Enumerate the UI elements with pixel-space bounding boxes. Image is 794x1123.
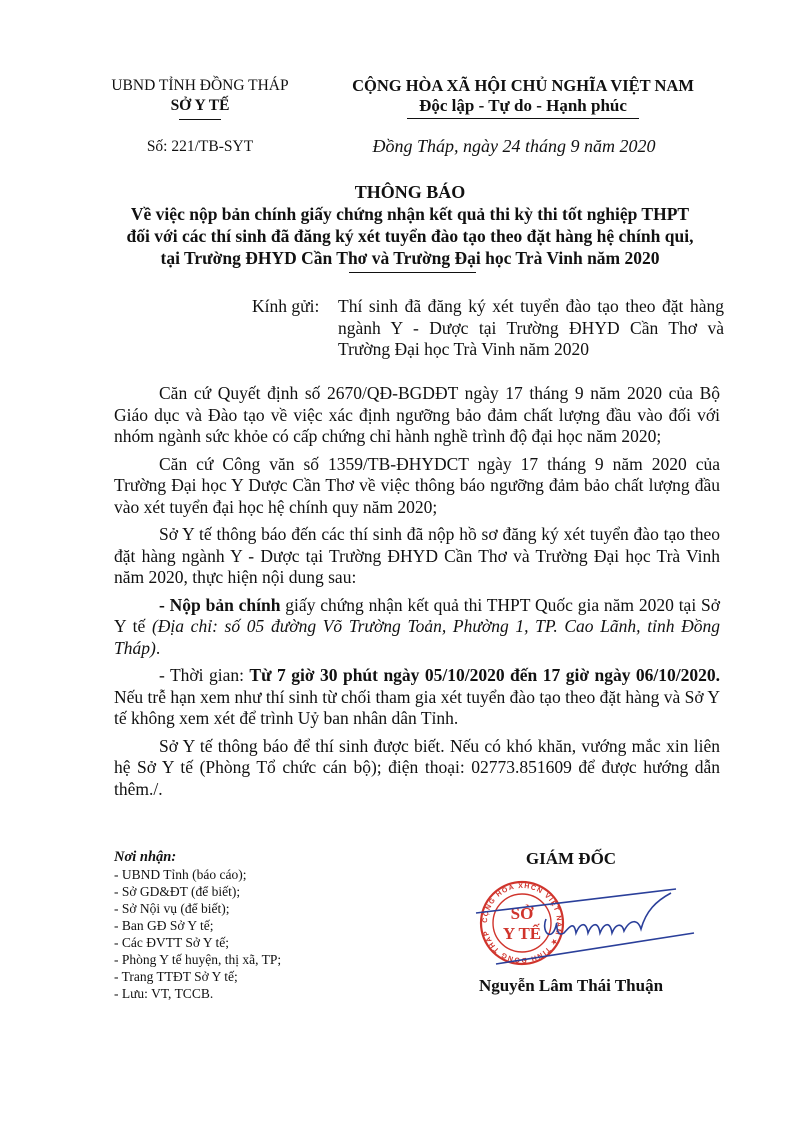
subject-line: tại Trường ĐHYD Cần Thơ và Trường Đại họ…	[100, 247, 720, 269]
paragraph-contact: Sở Y tế thông báo để thí sinh được biết.…	[114, 736, 720, 801]
title-divider	[349, 272, 476, 273]
motto-underline	[407, 118, 639, 119]
issuing-authority: UBND TỈNH ĐỒNG THÁP SỞ Y TẾ	[100, 76, 300, 120]
paragraph-announcement: Sở Y tế thông báo đến các thí sinh đã nộ…	[114, 524, 720, 589]
distribution-item: - Sở Nội vụ (để biết);	[114, 900, 354, 917]
distribution-item: - UBND Tỉnh (báo cáo);	[114, 866, 354, 883]
addressee-text: Thí sinh đã đăng ký xét tuyển đào tạo th…	[338, 296, 724, 361]
svg-text:Y TẾ: Y TẾ	[503, 924, 541, 943]
distribution-item: - Phòng Y tế huyện, thị xã, TP;	[114, 951, 354, 968]
addressee-label: Kính gửi:	[252, 296, 319, 318]
document-number: Số: 221/TB-SYT	[100, 138, 300, 156]
country-name: CỘNG HÒA XÃ HỘI CHỦ NGHĨA VIỆT NAM	[322, 76, 724, 96]
time-label: - Thời gian:	[159, 665, 249, 685]
distribution-item: - Trang TTĐT Sở Y tế;	[114, 968, 354, 985]
motto: Độc lập - Tự do - Hạnh phúc	[322, 96, 724, 116]
paragraph-submission: - Nộp bản chính giấy chứng nhận kết quả …	[114, 595, 720, 660]
subject-line: Về việc nộp bản chính giấy chứng nhận kế…	[100, 203, 720, 225]
distribution-item: - Các ĐVTT Sở Y tế;	[114, 934, 354, 951]
distribution-item: - Sở GD&ĐT (để biết);	[114, 883, 354, 900]
signer-position: GIÁM ĐỐC	[446, 849, 696, 869]
deadline-note: Nếu trễ hạn xem như thí sinh từ chối tha…	[114, 687, 720, 729]
province-committee: UBND TỈNH ĐỒNG THÁP	[100, 76, 300, 96]
place-date: Đồng Tháp, ngày 24 tháng 9 năm 2020	[322, 136, 706, 157]
document-body: Căn cứ Quyết định số 2670/QĐ-BGDĐT ngày …	[114, 383, 720, 806]
official-seal-icon: CỘNG HÒA XHCN VIỆT NAM ★ TỈNH ĐỒNG THÁP …	[446, 871, 563, 966]
address-text: (Địa chỉ: số 05 đường Võ Trường Toản, Ph…	[114, 616, 720, 658]
emphasis-original: bản chính	[206, 595, 281, 615]
stamp-and-signature: CỘNG HÒA XHCN VIỆT NAM ★ TỈNH ĐỒNG THÁP …	[446, 871, 696, 971]
signer-name: Nguyễn Lâm Thái Thuận	[446, 976, 696, 996]
distribution-item: - Lưu: VT, TCCB.	[114, 985, 354, 1002]
period: .	[156, 638, 160, 658]
department-underline	[179, 119, 221, 120]
document-title: THÔNG BÁO Về việc nộp bản chính giấy chứ…	[100, 181, 720, 269]
paragraph-time: - Thời gian: Từ 7 giờ 30 phút ngày 05/10…	[114, 665, 720, 730]
time-range: Từ 7 giờ 30 phút ngày 05/10/2020 đến 17 …	[249, 665, 720, 685]
bullet-prefix: - Nộp	[159, 595, 206, 615]
distribution-list: Nơi nhận: - UBND Tỉnh (báo cáo);- Sở GD&…	[114, 849, 354, 1002]
department-name: SỞ Y TẾ	[100, 96, 300, 116]
paragraph-legal-basis-1: Căn cứ Quyết định số 2670/QĐ-BGDĐT ngày …	[114, 383, 720, 448]
distribution-title: Nơi nhận:	[114, 849, 354, 866]
document-type: THÔNG BÁO	[100, 181, 720, 203]
paragraph-legal-basis-2: Căn cứ Công văn số 1359/TB-ĐHYDCT ngày 1…	[114, 454, 720, 519]
national-motto: CỘNG HÒA XÃ HỘI CHỦ NGHĨA VIỆT NAM Độc l…	[322, 76, 724, 119]
signature-block: GIÁM ĐỐC CỘNG HÒA XHCN VIỆT NAM ★ TỈNH Đ…	[446, 849, 696, 869]
distribution-item: - Ban GĐ Sở Y tế;	[114, 917, 354, 934]
subject-line: đối với các thí sinh đã đăng ký xét tuyể…	[100, 225, 720, 247]
